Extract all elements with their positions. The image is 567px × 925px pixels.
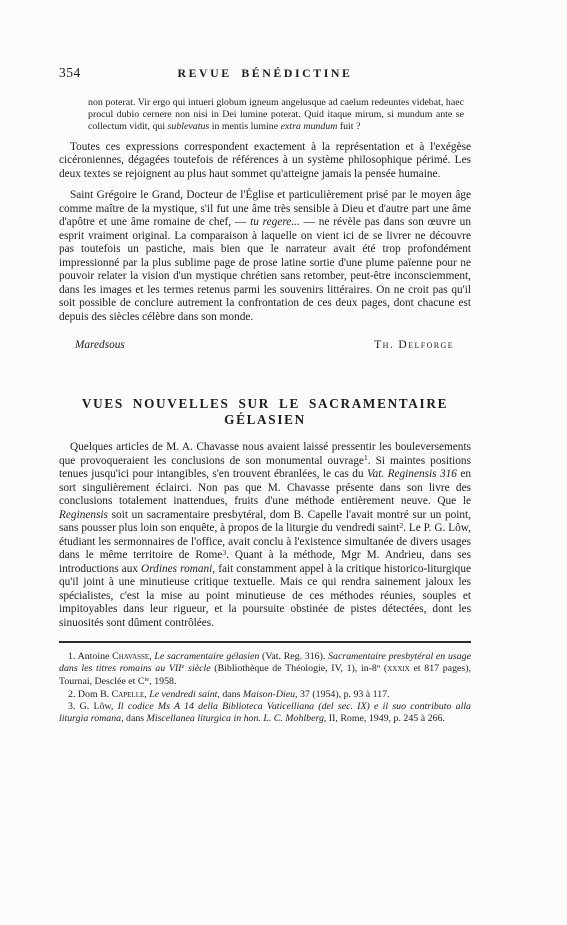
signature-place: Maredsous: [75, 339, 125, 351]
running-head: 354 REVUE BÉNÉDICTINE: [59, 64, 471, 82]
page-number: 354: [59, 65, 81, 81]
article-opening-paragraph: Quelques articles de M. A. Chavasse nous…: [59, 441, 471, 630]
footnote-2: 2. Dom B. Capelle, Le vendredi saint, da…: [59, 689, 471, 701]
footnote-1: 1. Antoine Chavasse, Le sacramentaire gé…: [59, 651, 471, 689]
article-title: VUES NOUVELLES SUR LE SACRAMENTAIRE GÉLA…: [59, 396, 471, 428]
latin-quotation: non poterat. Vir ergo qui intueri globum…: [88, 97, 464, 134]
journal-title: REVUE BÉNÉDICTINE: [177, 66, 352, 80]
signature-author: Th. Delforge: [374, 338, 454, 351]
footnote-separator: [59, 641, 471, 643]
footnote-3: 3. G. Lôw, Il codice Ms A 14 della Bibli…: [59, 701, 471, 725]
paragraph-exegese: Toutes ces expressions correspondent exa…: [59, 141, 471, 182]
footnotes-section: 1. Antoine Chavasse, Le sacramentaire gé…: [59, 651, 471, 724]
page-content: 354 REVUE BÉNÉDICTINE non poterat. Vir e…: [59, 64, 471, 725]
paragraph-gregoire: Saint Grégoire le Grand, Docteur de l'Ég…: [59, 189, 471, 324]
signature-row: Maredsous Th. Delforge: [59, 338, 471, 351]
journal-page-scan: 354 REVUE BÉNÉDICTINE non poterat. Vir e…: [0, 0, 567, 925]
